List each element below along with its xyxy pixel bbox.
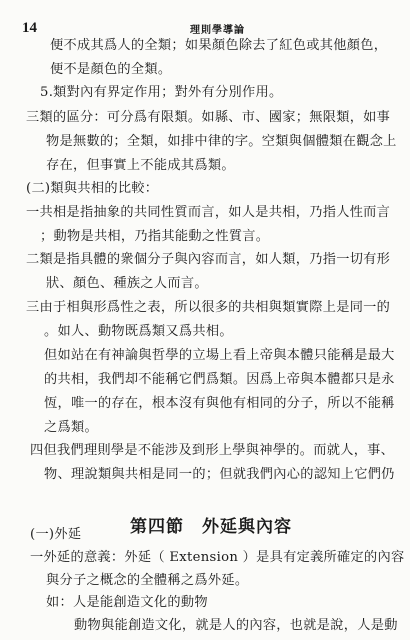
text-line: 。如人、動物既爲類又爲共相。 bbox=[44, 324, 233, 340]
text-line: 與分子之概念的全體稱之爲外延。 bbox=[46, 573, 248, 589]
text-line: 一外延的意義：外延（ Extension ）是具有定義所確定的內容 bbox=[30, 550, 405, 566]
text-line: 恆，唯一的存在，根本沒有與他有相同的分子，所以不能稱 bbox=[44, 396, 395, 412]
running-head: 理則學導論 bbox=[190, 21, 245, 36]
text-line: 物、理說類與共相是同一的；但就我們內心的認知上它們仍 bbox=[44, 467, 395, 483]
text-line: 三類的區分：可分爲有限類。如縣、市、國家；無限類，如事 bbox=[26, 110, 390, 126]
text-line: 一共相是指抽象的共同性質而言，如人是共相，乃指人性而言 bbox=[26, 205, 390, 221]
section-heading: 第四節外延與內容 bbox=[130, 512, 292, 537]
text-line: 便不成其爲人的全類；如果顏色除去了紅色或其他顏色， bbox=[50, 38, 387, 54]
text-line: 但如站在有神論與哲學的立場上看上帝與本體只能稱是最大 bbox=[44, 348, 395, 364]
text-line: 存在，但事實上不能成其爲類。 bbox=[46, 158, 235, 174]
text-line: 動物與能創造文化，就是人的內容，也就是說，人是動 bbox=[74, 618, 398, 634]
text-line: 二類是指具體的衆個分子與內容而言，如人類，乃指一切有形 bbox=[26, 252, 390, 268]
text-line: 便不是顏色的全類。 bbox=[50, 62, 171, 78]
text-line: 如：人是能創造文化的動物 bbox=[46, 595, 208, 611]
text-line: 物是無數的；全類，如排中律的字。空類與個體類在觀念上 bbox=[46, 134, 397, 150]
text-line: (一)外延 bbox=[30, 527, 81, 543]
text-line: (二)類與共相的比較： bbox=[26, 181, 158, 197]
text-line: 之爲類。 bbox=[44, 420, 98, 436]
text-line: 四但我們理則學是不能涉及到形上學與神學的。而就人，事、 bbox=[30, 443, 394, 459]
section-title: 外延與內容 bbox=[202, 517, 292, 537]
text-line: 的共相，我們却不能稱它們爲類。因爲上帝與本體都只是永 bbox=[44, 372, 395, 388]
section-number: 第四節 bbox=[130, 517, 184, 537]
text-line: 5.類對內有界定作用；對外有分別作用。 bbox=[40, 85, 282, 101]
text-line: 三由于相與形爲性之表，所以很多的共相與類實際上是同一的 bbox=[26, 300, 390, 316]
page-number: 14 bbox=[22, 20, 37, 37]
text-line: 狀、顏色、種族之人而言。 bbox=[46, 276, 208, 292]
text-line: ；動物是共相，乃指其能動之性質言。 bbox=[40, 229, 269, 245]
